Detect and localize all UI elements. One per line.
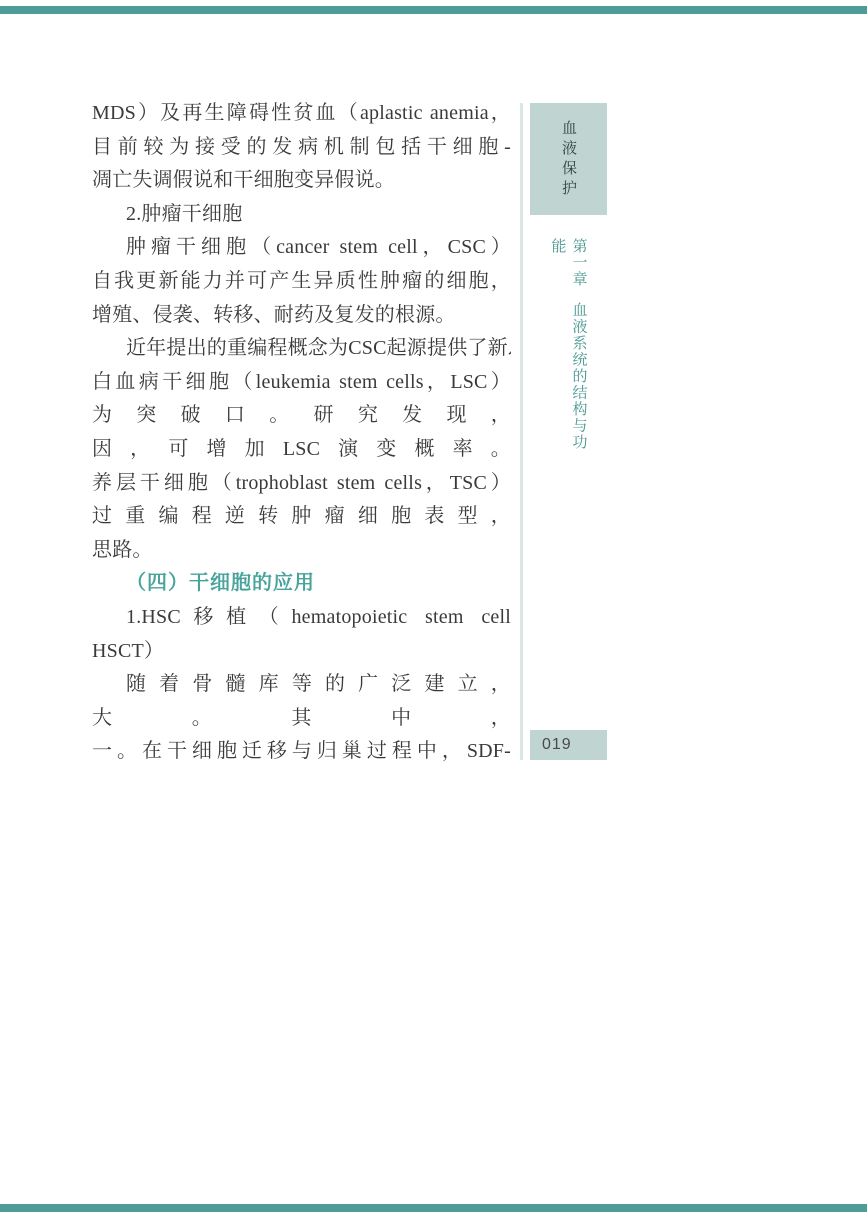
text-line: HSCT） [92, 635, 511, 669]
text-line: 1.HSC移植（hematopoietic stem cell transpla… [92, 601, 511, 635]
chapter-block: 第一章血液系统的结构与功能 [530, 238, 607, 458]
text-line: 为突破口。研究发现，病毒感染是启动重编程的常见诱 [92, 399, 511, 433]
text-line: 因，可增加LSC演变概率。细胞重新编程不仅可诱导滋 [92, 433, 511, 467]
text-line: 随着骨髓库等的广泛建立，HSCT应用范围不断扩 [92, 668, 511, 702]
text-line: 白血病干细胞（leukemia stem cells，LSC）起源研究或 [92, 366, 511, 400]
text-line: 养层干细胞（trophoblast stem cells，TSC）生成，还可通 [92, 467, 511, 501]
bottom-rule [0, 1204, 867, 1212]
chapter-vertical-text: 第一章血液系统的结构与功能 [548, 238, 590, 458]
section-heading: （四）干细胞的应用 [92, 567, 511, 601]
sidebar-divider-rule [520, 103, 523, 760]
text-line: 一。在干细胞迁移与归巢过程中，SDF-1与CXCR4结合 [92, 735, 511, 769]
page-number: 019 [542, 736, 572, 753]
text-line: MDS）及再生障碍性贫血（aplastic anemia，AA）。MDS [92, 97, 511, 131]
text-line: 大。其中，干细胞迁移与归巢是影响移植成败的关键之 [92, 702, 511, 736]
text-line: 2.肿瘤干细胞 [92, 198, 511, 232]
text-line: 自我更新能力并可产生异质性肿瘤的细胞，是肿瘤异常 [92, 265, 511, 299]
page-number-box: 019 [530, 730, 607, 760]
book-title-box: 血液保护 [530, 103, 607, 215]
text-line: 近年提出的重编程概念为CSC起源提供了新思路， [92, 332, 511, 366]
text-line: 思路。 [92, 534, 511, 568]
text-line: 肿瘤干细胞（cancer stem cell，CSC）是肿瘤中具有 [92, 231, 511, 265]
text-line: 凋亡失调假说和干细胞变异假说。 [92, 164, 511, 198]
text-line: 过重编程逆转肿瘤细胞表型，为控肿瘤治疗提供新 [92, 500, 511, 534]
chapter-label: 第一章 [571, 238, 588, 288]
book-title: 血液保护 [558, 120, 579, 215]
text-column: MDS）及再生障碍性贫血（aplastic anemia，AA）。MDS目前较为… [92, 97, 511, 769]
text-line: 目前较为接受的发病机制包括干细胞-基质损伤假说、 [92, 131, 511, 165]
text-line: 增殖、侵袭、转移、耐药及复发的根源。 [92, 299, 511, 333]
book-page: MDS）及再生障碍性贫血（aplastic anemia，AA）。MDS目前较为… [0, 0, 867, 1218]
top-rule [0, 6, 867, 14]
